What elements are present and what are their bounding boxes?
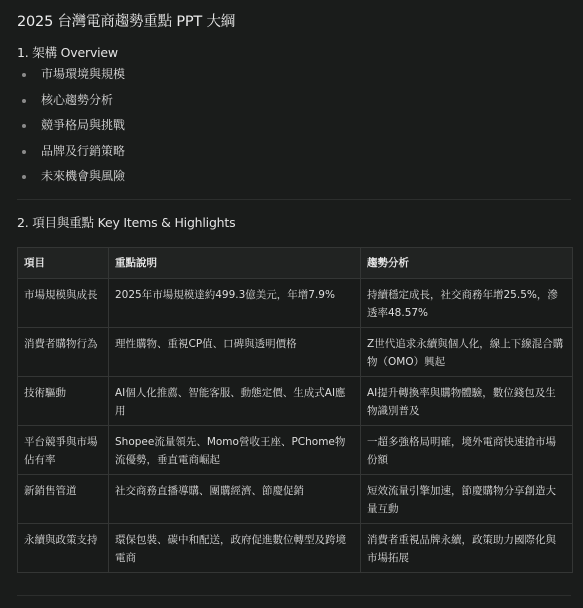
table-row: 消費者購物行為 理性購物、重視CP值、口碑與透明價格 Z世代追求永續與個人化，線… <box>18 328 573 377</box>
table-row: 技術驅動 AI個人化推薦、智能客服、動態定價、生成式AI應用 AI提升轉換率與購… <box>18 377 573 426</box>
bullet-dot-icon <box>22 73 26 77</box>
table-cell: Shopee流量領先、Momo營收王座、PChome物流優勢，垂直電商崛起 <box>109 426 361 475</box>
table-cell: 持續穩定成長，社交商務年增25.5%，滲透率48.57% <box>361 279 573 328</box>
list-item-text: 核心趨勢分析 <box>41 93 113 107</box>
bullet-dot-icon <box>22 124 26 128</box>
document-title: 2025 台灣電商趨勢重點 PPT 大綱 <box>17 10 235 31</box>
table-cell: 消費者重視品牌永續，政策助力國際化與市場拓展 <box>361 524 573 573</box>
table-cell: 環保包裝、碳中和配送，政府促進數位轉型及跨境電商 <box>109 524 361 573</box>
table-header-row: 項目 重點說明 趨勢分析 <box>18 248 573 279</box>
table-cell: 技術驅動 <box>18 377 109 426</box>
column-header-trend: 趨勢分析 <box>361 248 573 279</box>
section-divider <box>17 199 571 200</box>
column-header-item: 項目 <box>18 248 109 279</box>
list-item-text: 市場環境與規模 <box>41 67 125 81</box>
section-heading-key-items: 2. 項目與重點 Key Items & Highlights <box>17 213 235 231</box>
table-row: 市場規模與成長 2025年市場規模達約499.3億美元，年增7.9% 持續穩定成… <box>18 279 573 328</box>
list-item-text: 競爭格局與挑戰 <box>41 118 125 132</box>
table-cell: AI個人化推薦、智能客服、動態定價、生成式AI應用 <box>109 377 361 426</box>
table-row: 新銷售管道 社交商務直播導購、團購經濟、節慶促銷 短效流量引擎加速，節慶購物分享… <box>18 475 573 524</box>
table-cell: 新銷售管道 <box>18 475 109 524</box>
table-cell: 平台競爭與市場佔有率 <box>18 426 109 475</box>
table-cell: 永續與政策支持 <box>18 524 109 573</box>
table-cell: 一超多強格局明確，境外電商快速搶市場份額 <box>361 426 573 475</box>
list-item-text: 品牌及行銷策略 <box>41 144 125 158</box>
list-item-text: 未來機會與風險 <box>41 169 125 183</box>
table-cell: AI提升轉換率與購物體驗，數位錢包及生物識別普及 <box>361 377 573 426</box>
key-items-table: 項目 重點說明 趨勢分析 市場規模與成長 2025年市場規模達約499.3億美元… <box>17 247 573 573</box>
table-cell: 消費者購物行為 <box>18 328 109 377</box>
list-item: 核心趨勢分析 <box>17 88 125 114</box>
list-item: 品牌及行銷策略 <box>17 139 125 165</box>
table-row: 平台競爭與市場佔有率 Shopee流量領先、Momo營收王座、PChome物流優… <box>18 426 573 475</box>
table-row: 永續與政策支持 環保包裝、碳中和配送，政府促進數位轉型及跨境電商 消費者重視品牌… <box>18 524 573 573</box>
section-heading-overview: 1. 架構 Overview <box>17 43 118 61</box>
table-cell: Z世代追求永續與個人化，線上下線混合購物（OMO）興起 <box>361 328 573 377</box>
table-cell: 理性購物、重視CP值、口碑與透明價格 <box>109 328 361 377</box>
table-cell: 市場規模與成長 <box>18 279 109 328</box>
bullet-dot-icon <box>22 99 26 103</box>
table-cell: 2025年市場規模達約499.3億美元，年增7.9% <box>109 279 361 328</box>
list-item: 市場環境與規模 <box>17 62 125 88</box>
list-item: 未來機會與風險 <box>17 164 125 190</box>
overview-bullet-list: 市場環境與規模 核心趨勢分析 競爭格局與挑戰 品牌及行銷策略 未來機會與風險 <box>17 62 125 190</box>
table-cell: 社交商務直播導購、團購經濟、節慶促銷 <box>109 475 361 524</box>
column-header-description: 重點說明 <box>109 248 361 279</box>
table-cell: 短效流量引擎加速，節慶購物分享創造大量互動 <box>361 475 573 524</box>
bullet-dot-icon <box>22 175 26 179</box>
list-item: 競爭格局與挑戰 <box>17 113 125 139</box>
section-divider <box>17 595 571 596</box>
bullet-dot-icon <box>22 150 26 154</box>
